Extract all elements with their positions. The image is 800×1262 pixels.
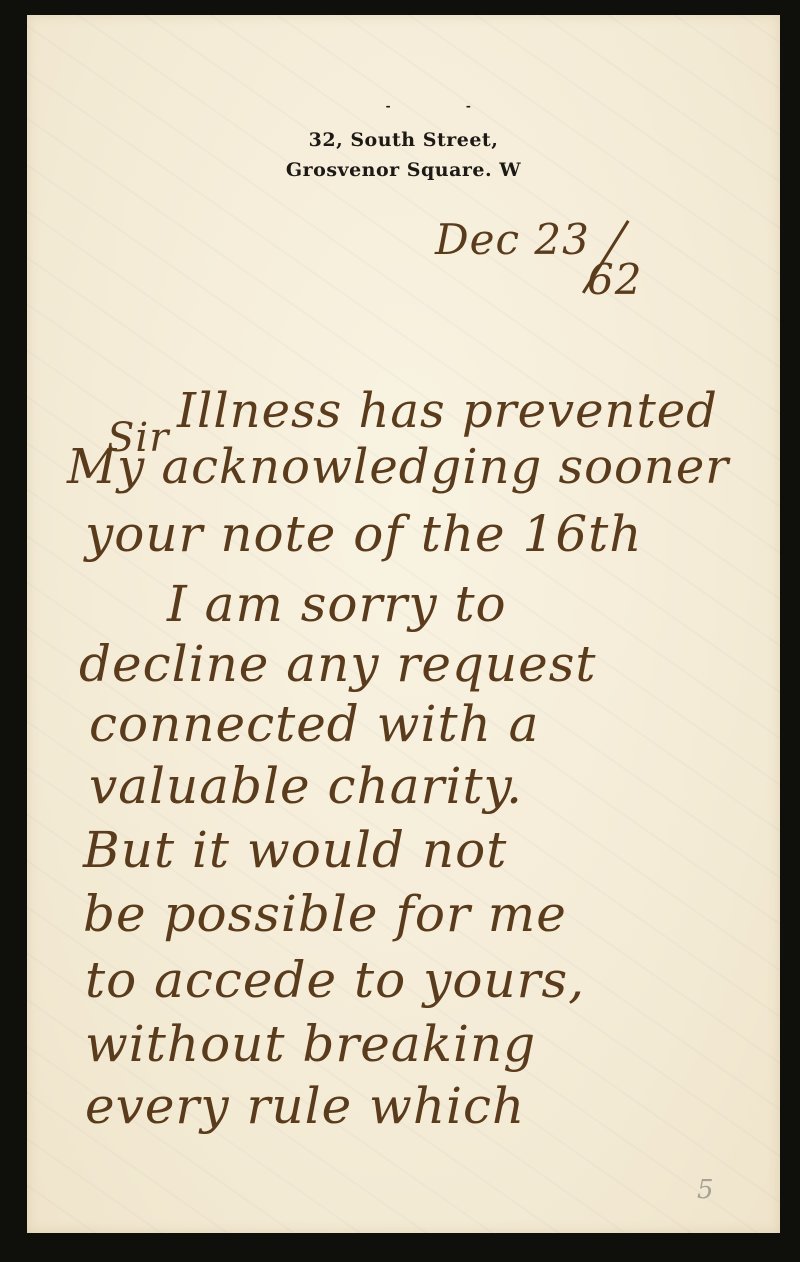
letterhead-ornament: - - [27,99,800,113]
date-day: Dec 23 [435,215,590,264]
document-mount: - - 32, South Street, Grosvenor Square. … [0,0,800,1262]
letterhead-square: Grosvenor Square. W [27,159,780,181]
body-line-12: every rule which [85,1077,525,1135]
body-line-3: your note of the 16th [85,505,642,563]
body-line-5: decline any request [79,635,596,693]
body-line-11: without breaking [85,1015,536,1073]
body-line-4: I am sorry to [167,575,507,633]
body-line-2: My acknowledging sooner [67,439,729,495]
body-line-10: to accede to yours, [85,951,585,1009]
body-line-1: Illness has prevented [177,383,718,439]
date-year: 62 [587,255,642,304]
pencil-page-number: 5 [697,1175,714,1205]
body-line-8: But it would not [83,821,507,879]
letter-page: - - 32, South Street, Grosvenor Square. … [27,15,780,1233]
body-line-7: valuable charity. [89,757,523,815]
letterhead-street: 32, South Street, [27,129,780,151]
body-line-6: connected with a [89,695,539,753]
body-line-9: be possible for me [83,885,567,943]
